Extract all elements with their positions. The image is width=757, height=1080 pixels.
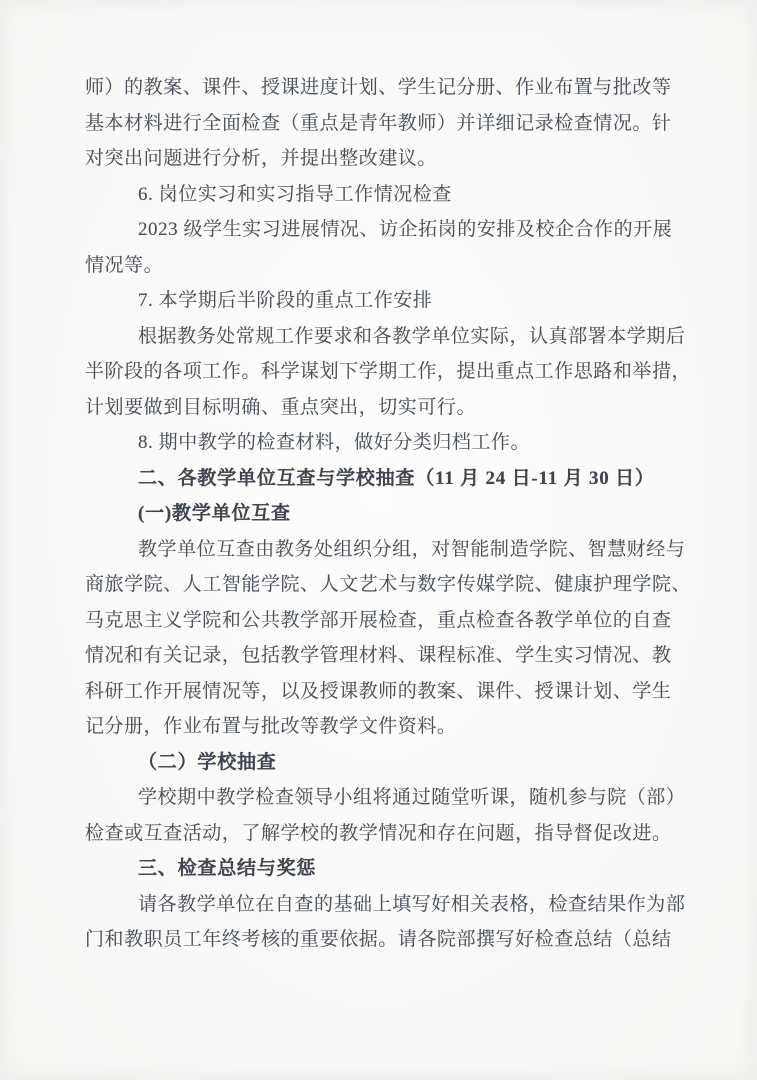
- paragraph-line: 马克思主义学院和公共教学部开展检查，重点检查各教学单位的自查: [85, 603, 691, 639]
- paragraph-line: 2023 级学生实习进展情况、访企拓岗的安排及校企合作的开展: [85, 212, 691, 248]
- heading-subsection-1: (一)教学单位互查: [85, 496, 691, 532]
- paragraph-line: 教学单位互查由教务处组织分组，对智能制造学院、智慧财经与: [85, 532, 691, 568]
- paragraph-line: 半阶段的各项工作。科学谋划下学期工作，提出重点工作思路和举措，: [85, 354, 691, 390]
- paragraph-line: 情况和有关记录，包括教学管理材料、课程标准、学生实习情况、教: [85, 638, 691, 674]
- paragraph-line: 情况等。: [85, 248, 691, 284]
- paragraph-line: 商旅学院、人工智能学院、人文艺术与数字传媒学院、健康护理学院、: [85, 567, 691, 603]
- paragraph-line: 科研工作开展情况等，以及授课教师的教案、课件、授课计划、学生: [85, 674, 691, 710]
- document-body: 师）的教案、课件、授课进度计划、学生记分册、作业布置与批改等 基本材料进行全面检…: [85, 70, 691, 958]
- heading-subsection-2: （二）学校抽查: [85, 745, 691, 781]
- paragraph-line: 记分册，作业布置与批改等教学文件资料。: [85, 709, 691, 745]
- paragraph-line: 门和教职员工年终考核的重要依据。请各院部撰写好检查总结（总结: [85, 922, 691, 958]
- paragraph-line: 基本材料进行全面检查（重点是青年教师）并详细记录检查情况。针: [85, 106, 691, 142]
- paragraph-line: 请各教学单位在自查的基础上填写好相关表格，检查结果作为部: [85, 887, 691, 923]
- heading-section-2: 二、各教学单位互查与学校抽查（11 月 24 日-11 月 30 日）: [85, 461, 691, 497]
- paragraph-line: 检查或互查活动，了解学校的教学情况和存在问题，指导督促改进。: [85, 816, 691, 852]
- document-page: 师）的教案、课件、授课进度计划、学生记分册、作业布置与批改等 基本材料进行全面检…: [0, 0, 757, 1080]
- paragraph-line: 师）的教案、课件、授课进度计划、学生记分册、作业布置与批改等: [85, 70, 691, 106]
- heading-section-3: 三、检查总结与奖惩: [85, 851, 691, 887]
- paragraph-line: 根据教务处常规工作要求和各教学单位实际，认真部署本学期后: [85, 319, 691, 355]
- paragraph-line: 对突出问题进行分析，并提出整改建议。: [85, 141, 691, 177]
- list-item-6: 6. 岗位实习和实习指导工作情况检查: [85, 177, 691, 213]
- list-item-8: 8. 期中教学的检查材料，做好分类归档工作。: [85, 425, 691, 461]
- paragraph-line: 学校期中教学检查领导小组将通过随堂听课，随机参与院（部）: [85, 780, 691, 816]
- list-item-7: 7. 本学期后半阶段的重点工作安排: [85, 283, 691, 319]
- paragraph-line: 计划要做到目标明确、重点突出，切实可行。: [85, 390, 691, 426]
